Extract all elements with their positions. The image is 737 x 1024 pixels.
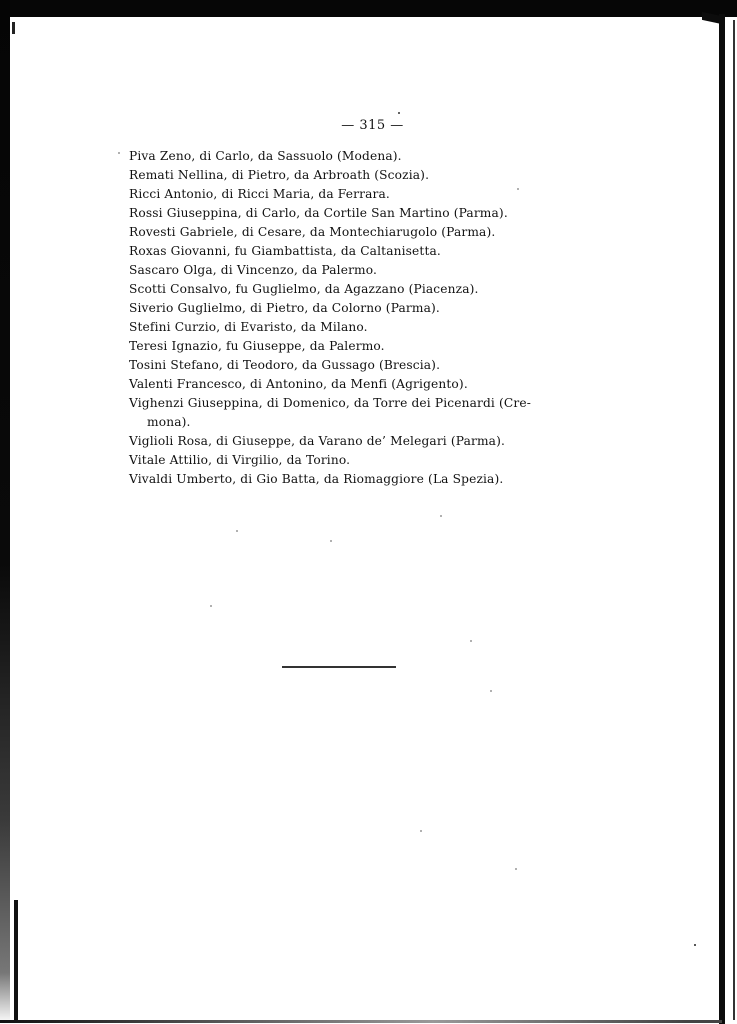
- list-item: Sascaro Olga, di Vincenzo, da Palermo.: [129, 261, 559, 280]
- entry-text: Vighenzi Giuseppina, di Domenico, da Tor…: [129, 396, 531, 410]
- list-item: Remati Nellina, di Pietro, da Arbroath (…: [129, 166, 559, 185]
- name-list: Piva Zeno, di Carlo, da Sassuolo (Modena…: [129, 147, 559, 489]
- scan-speck: [420, 830, 422, 832]
- scan-speck: [490, 690, 492, 692]
- entry-text: Ricci Antonio, di Ricci Maria, da Ferrar…: [129, 187, 390, 201]
- list-item: Stefini Curzio, di Evaristo, da Milano.: [129, 318, 559, 337]
- list-item: Valenti Francesco, di Antonino, da Menfi…: [129, 375, 559, 394]
- scan-border-top: [0, 0, 737, 17]
- section-end-rule: [282, 666, 396, 668]
- scan-border-left-inner: [14, 900, 18, 1022]
- entry-text: Piva Zeno, di Carlo, da Sassuolo (Modena…: [129, 149, 402, 163]
- entry-text: Rovesti Gabriele, di Cesare, da Montechi…: [129, 225, 495, 239]
- entry-text: Rossi Giuseppina, di Carlo, da Cortile S…: [129, 206, 508, 220]
- entry-text: Siverio Guglielmo, di Pietro, da Colorno…: [129, 301, 440, 315]
- scan-border-right-outer: [733, 20, 735, 1020]
- scan-speck: [330, 540, 332, 542]
- list-item: Ricci Antonio, di Ricci Maria, da Ferrar…: [129, 185, 559, 204]
- scan-border-right: [719, 14, 725, 1024]
- scan-speck: [118, 152, 120, 154]
- scan-border-left: [0, 0, 10, 1024]
- scan-speck: [515, 868, 517, 870]
- scan-speck: [694, 944, 696, 946]
- list-item: Piva Zeno, di Carlo, da Sassuolo (Modena…: [129, 147, 559, 166]
- entry-text: Tosini Stefano, di Teodoro, da Gussago (…: [129, 358, 440, 372]
- entry-text: Vitale Attilio, di Virgilio, da Torino.: [129, 453, 350, 467]
- entry-text: Vivaldi Umberto, di Gio Batta, da Riomag…: [129, 472, 503, 486]
- scan-speck: [440, 515, 442, 517]
- entry-text: Stefini Curzio, di Evaristo, da Milano.: [129, 320, 368, 334]
- list-item: Vighenzi Giuseppina, di Domenico, da Tor…: [129, 394, 559, 432]
- entry-text: Roxas Giovanni, fu Giambattista, da Calt…: [129, 244, 441, 258]
- entry-text: Teresi Ignazio, fu Giuseppe, da Palermo.: [129, 339, 385, 353]
- entry-text: Valenti Francesco, di Antonino, da Menfi…: [129, 377, 468, 391]
- page-number: — 315 —: [0, 118, 737, 133]
- scan-border-bottom: [0, 1020, 722, 1023]
- list-item: Rossi Giuseppina, di Carlo, da Cortile S…: [129, 204, 559, 223]
- list-item: Scotti Consalvo, fu Guglielmo, da Agazza…: [129, 280, 559, 299]
- entry-text: Scotti Consalvo, fu Guglielmo, da Agazza…: [129, 282, 479, 296]
- list-item: Siverio Guglielmo, di Pietro, da Colorno…: [129, 299, 559, 318]
- entry-text: Remati Nellina, di Pietro, da Arbroath (…: [129, 168, 429, 182]
- scan-artifact: [12, 22, 15, 34]
- scan-speck: [470, 640, 472, 642]
- list-item: Roxas Giovanni, fu Giambattista, da Calt…: [129, 242, 559, 261]
- list-item: Vivaldi Umberto, di Gio Batta, da Riomag…: [129, 470, 559, 489]
- list-item: Teresi Ignazio, fu Giuseppe, da Palermo.: [129, 337, 559, 356]
- list-item: Tosini Stefano, di Teodoro, da Gussago (…: [129, 356, 559, 375]
- list-item: Vitale Attilio, di Virgilio, da Torino.: [129, 451, 559, 470]
- scan-speck: [210, 605, 212, 607]
- list-item: Rovesti Gabriele, di Cesare, da Montechi…: [129, 223, 559, 242]
- entry-text: Viglioli Rosa, di Giuseppe, da Varano de…: [129, 434, 505, 448]
- list-item: Viglioli Rosa, di Giuseppe, da Varano de…: [129, 432, 559, 451]
- scan-speck: [517, 188, 519, 190]
- scan-speck: [236, 530, 238, 532]
- entry-text: Sascaro Olga, di Vincenzo, da Palermo.: [129, 263, 377, 277]
- scan-speck: [398, 112, 400, 114]
- entry-text-continuation: mona).: [129, 413, 559, 432]
